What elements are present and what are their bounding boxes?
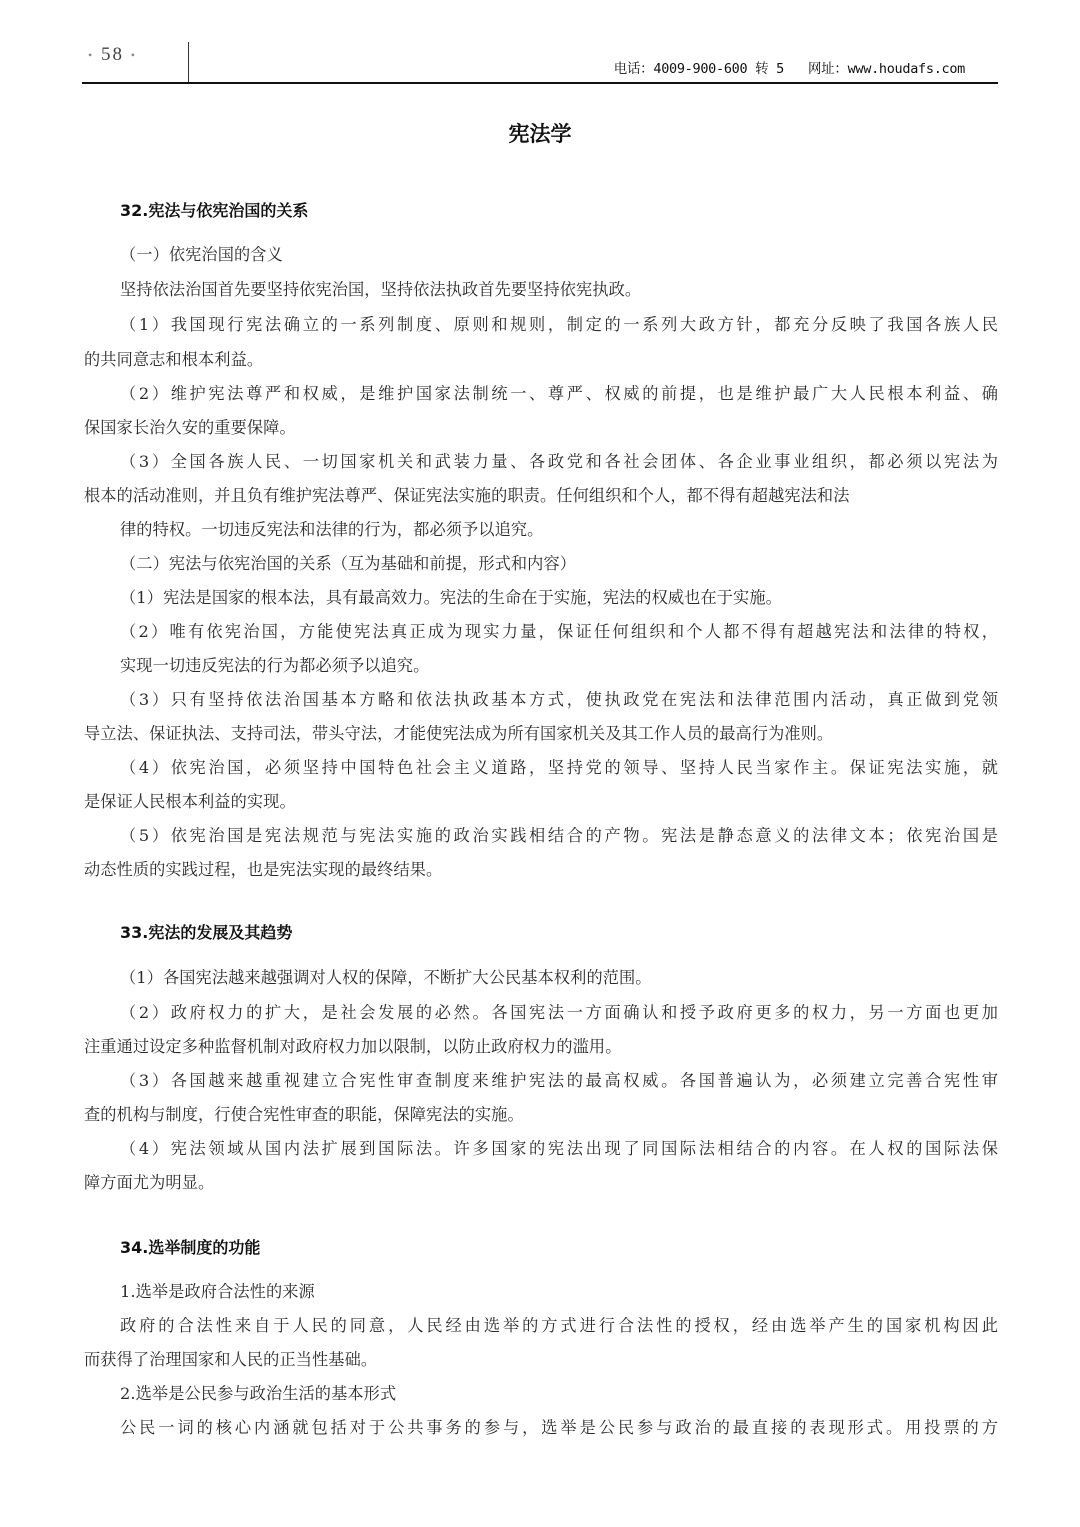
page-number-text: 58	[101, 44, 124, 65]
paragraph-line: 律的特权。一切违反宪法和法律的行为，都必须予以追究。	[120, 516, 543, 540]
paragraph-line: 政府的合法性来自于人民的同意，人民经由选举的方式进行合法性的授权，经由选举产生的…	[120, 1312, 998, 1336]
paragraph-line: （1）各国宪法越来越强调对人权的保障，不断扩大公民基本权利的范围。	[120, 964, 652, 988]
paragraph-line: 是保证人民根本利益的实现。	[84, 788, 296, 812]
phone-text: 电话：4009-900-600 转 5	[614, 61, 784, 77]
page-title: 宪法学	[0, 118, 1080, 148]
paragraph-line: 注重通过设定多种监督机制对政府权力加以限制，以防止政府权力的滥用。	[84, 1033, 622, 1057]
paragraph-line: 查的机构与制度，行使合宪性审查的职能，保障宪法的实施。	[84, 1101, 524, 1125]
paragraph-line: （2）政府权力的扩大，是社会发展的必然。各国宪法一方面确认和授予政府更多的权力，…	[120, 999, 998, 1023]
paragraph-line: 保国家长治久安的重要保障。	[84, 414, 296, 438]
paragraph-line: 根本的活动准则，并且负有维护宪法尊严、保证宪法实施的职责。任何组织和个人，都不得…	[84, 482, 850, 506]
paragraph-line: （4）宪法领域从国内法扩展到国际法。许多国家的宪法出现了同国际法相结合的内容。在…	[120, 1135, 998, 1159]
paragraph-line: 的共同意志和根本利益。	[84, 346, 263, 370]
paragraph-line: 障方面尤为明显。	[84, 1169, 214, 1193]
paragraph-line: （2）唯有依宪治国，方能使宪法真正成为现实力量，保证任何组织和个人都不得有超越宪…	[120, 618, 998, 642]
header-rule	[82, 82, 998, 84]
paragraph-line: 而获得了治理国家和人民的正当性基础。	[84, 1346, 377, 1370]
paragraph-line: 实现一切违反宪法的行为都必须予以追究。	[120, 652, 429, 676]
paragraph-line: （3）全国各族人民、一切国家机关和武装力量、各政党和各社会团体、各企业事业组织，…	[120, 448, 998, 472]
paragraph-line: 导立法、保证执法、支持司法，带头守法，才能使宪法成为所有国家机关及其工作人员的最…	[84, 720, 833, 744]
subheading: （二）宪法与依宪治国的关系（互为基础和前提，形式和内容）	[120, 550, 576, 574]
paragraph-line: 公民一词的核心内涵就包括对于公共事务的参与，选举是公民参与政治的最直接的表现形式…	[120, 1414, 998, 1438]
subheading: 2.选举是公民参与政治生活的基本形式	[120, 1380, 396, 1404]
page-number: • 58 •	[88, 44, 137, 66]
paragraph-line: （2）维护宪法尊严和权威，是维护国家法制统一、尊严、权威的前提，也是维护最广大人…	[120, 380, 998, 404]
section-heading: 32.宪法与依宪治国的关系	[120, 198, 308, 221]
paragraph-line: （3）各国越来越重视建立合宪性审查制度来维护宪法的最高权威。各国普遍认为，必须建…	[120, 1067, 998, 1091]
paragraph-line: （5）依宪治国是宪法规范与宪法实施的政治实践相结合的产物。宪法是静态意义的法律文…	[120, 822, 998, 846]
paragraph-line: 动态性质的实践过程，也是宪法实现的最终结果。	[84, 856, 442, 880]
paragraph-line: （1）宪法是国家的根本法，具有最高效力。宪法的生命在于实施，宪法的权威也在于实施…	[120, 584, 782, 608]
dot-icon: •	[88, 48, 94, 62]
header-contact: 电话：4009-900-600 转 5网址：www.houdafs.com	[614, 57, 965, 77]
subheading: 1.选举是政府合法性的来源	[120, 1278, 315, 1302]
paragraph-line: 坚持依法治国首先要坚持依宪治国，坚持依法执政首先要坚持依宪执政。	[120, 276, 641, 300]
paragraph-line: （4）依宪治国，必须坚持中国特色社会主义道路，坚持党的领导、坚持人民当家作主。保…	[120, 754, 998, 778]
section-heading: 34.选举制度的功能	[120, 1235, 260, 1258]
header-divider	[188, 42, 189, 82]
website-text: 网址：www.houdafs.com	[808, 61, 965, 77]
paragraph-line: （3）只有坚持依法治国基本方略和依法执政基本方式，使执政党在宪法和法律范围内活动…	[120, 686, 998, 710]
paragraph-line: （1）我国现行宪法确立的一系列制度、原则和规则，制定的一系列大政方针，都充分反映…	[120, 311, 998, 335]
subheading: （一）依宪治国的含义	[120, 241, 283, 265]
section-heading: 33.宪法的发展及其趋势	[120, 920, 292, 943]
dot-icon: •	[131, 48, 137, 62]
